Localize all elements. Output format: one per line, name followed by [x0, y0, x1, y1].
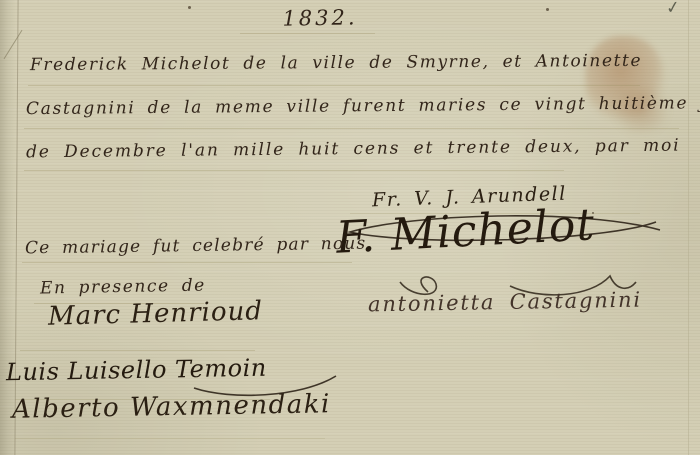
- guide-line: [28, 85, 640, 86]
- corner-crease: [4, 30, 23, 59]
- presence-statement: En presence de: [40, 276, 206, 299]
- margin-fold-line: [14, 0, 18, 455]
- witness-signature-alberto: Alberto Waxmnendaki: [12, 389, 331, 425]
- checkmark-annotation: ✓: [665, 0, 682, 19]
- celebration-statement: Ce mariage fut celebré par nous: [25, 234, 367, 259]
- guide-line: [24, 128, 679, 129]
- guide-line: [24, 170, 564, 171]
- signature-flourish: [320, 200, 670, 300]
- guide-line: [22, 262, 352, 263]
- record-text-line-2: Castagnini de la meme ville furent marie…: [26, 93, 700, 119]
- guide-line: [15, 438, 325, 439]
- record-text-line-3: de Decembre l'an mille huit cens et tren…: [26, 136, 681, 163]
- guide-line: [20, 350, 255, 351]
- manuscript-page: ✓ 1832. Frederick Michelot de la ville d…: [0, 0, 700, 455]
- record-text-line-1: Frederick Michelot de la ville de Smyrne…: [30, 51, 642, 75]
- guide-line: [240, 33, 375, 34]
- bride-signature: antonietta Castagnini: [368, 288, 642, 317]
- paper-speck: [546, 8, 549, 11]
- paper-speck: [188, 6, 191, 9]
- right-edge-crease: [688, 0, 689, 455]
- witness-signature-henrioud: Marc Henrioud: [48, 296, 264, 332]
- year-heading: 1832.: [255, 5, 385, 31]
